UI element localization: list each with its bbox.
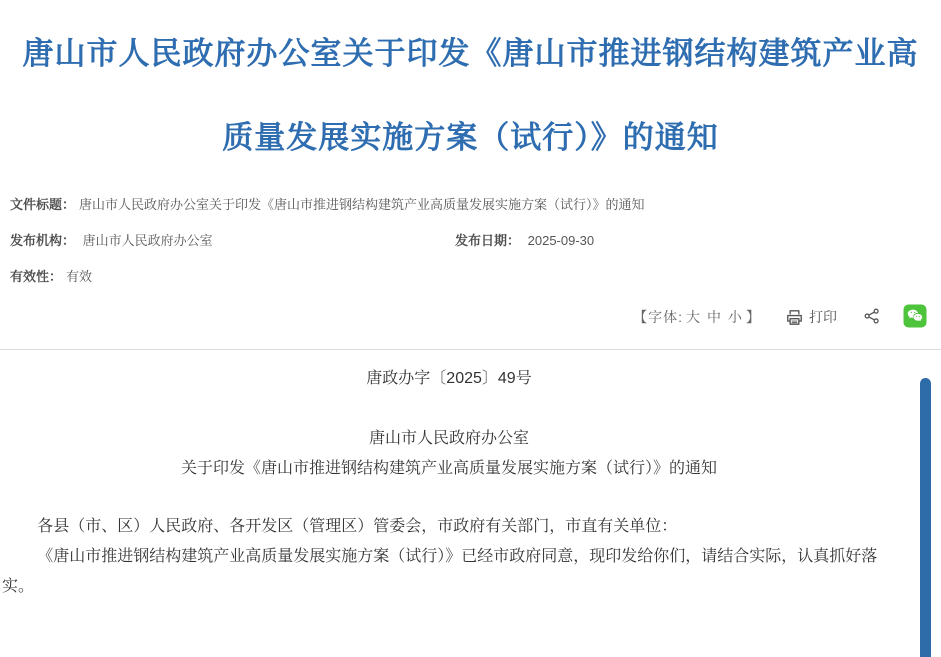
validity-label: 有效性： — [10, 268, 62, 286]
font-size-medium-button[interactable]: 中 — [707, 309, 722, 325]
document-heading: 唐山市人民政府办公室 关于印发《唐山市推进钢结构建筑产业高质量发展实施方案（试行… — [2, 424, 896, 484]
notice-page: 唐山市人民政府办公室关于印发《唐山市推进钢结构建筑产业高 质量发展实施方案（试行… — [0, 0, 941, 657]
file-title-label: 文件标题： — [10, 196, 75, 214]
document-scrollbar-thumb[interactable] — [920, 378, 931, 657]
publisher-pair: 发布机构： 唐山市人民政府办公室 — [10, 232, 455, 250]
document-metadata: 文件标题： 唐山市人民政府办公室关于印发《唐山市推进钢结构建筑产业高质量发展实施… — [0, 196, 941, 286]
document-heading-line-1: 唐山市人民政府办公室 — [2, 424, 896, 454]
wechat-share-button[interactable] — [903, 304, 927, 331]
document-body: 唐政办字〔2025〕49号 唐山市人民政府办公室 关于印发《唐山市推进钢结构建筑… — [0, 350, 941, 602]
page-title: 唐山市人民政府办公室关于印发《唐山市推进钢结构建筑产业高 质量发展实施方案（试行… — [0, 0, 941, 180]
share-button[interactable] — [863, 307, 881, 328]
document-paragraph: 《唐山市推进钢结构建筑产业高质量发展实施方案（试行）》已经市政府同意，现印发给你… — [2, 542, 896, 602]
meta-row-publisher-date: 发布机构： 唐山市人民政府办公室 发布日期： 2025-09-30 — [10, 232, 941, 250]
toolbar: 【字体:大中小】 打印 — [0, 304, 941, 330]
publisher-value: 唐山市人民政府办公室 — [83, 233, 213, 248]
font-size-large-button[interactable]: 大 — [686, 309, 701, 325]
printer-icon — [785, 308, 809, 327]
meta-row-validity: 有效性： 有效 — [10, 268, 941, 286]
file-title-value: 唐山市人民政府办公室关于印发《唐山市推进钢结构建筑产业高质量发展实施方案（试行）… — [79, 196, 645, 214]
meta-row-file-title: 文件标题： 唐山市人民政府办公室关于印发《唐山市推进钢结构建筑产业高质量发展实施… — [10, 196, 941, 214]
publish-date-pair: 发布日期： 2025-09-30 — [455, 232, 594, 250]
publish-date-value: 2025-09-30 — [528, 233, 595, 248]
publisher-label: 发布机构： — [10, 233, 75, 248]
font-control-prefix: 【字体: — [633, 309, 683, 325]
wechat-icon — [903, 304, 927, 331]
document-paragraph: 各县（市、区）人民政府、各开发区（管理区）管委会，市政府有关部门，市直有关单位： — [2, 512, 896, 542]
page-title-line-2: 质量发展实施方案（试行）》的通知 — [0, 96, 941, 180]
print-button[interactable]: 打印 — [785, 307, 837, 327]
page-title-line-1: 唐山市人民政府办公室关于印发《唐山市推进钢结构建筑产业高 — [0, 12, 941, 96]
document-number: 唐政办字〔2025〕49号 — [2, 364, 896, 394]
validity-value: 有效 — [66, 268, 92, 286]
document-heading-line-2: 关于印发《唐山市推进钢结构建筑产业高质量发展实施方案（试行）》的通知 — [2, 454, 896, 484]
font-size-small-button[interactable]: 小 — [728, 309, 743, 325]
font-control-suffix: 】 — [746, 309, 761, 325]
font-size-control: 【字体:大中小】 — [633, 307, 761, 327]
document-paragraphs: 各县（市、区）人民政府、各开发区（管理区）管委会，市政府有关部门，市直有关单位：… — [2, 512, 896, 602]
share-nodes-icon — [863, 307, 881, 328]
print-button-label: 打印 — [809, 307, 837, 327]
publish-date-label: 发布日期： — [455, 233, 520, 248]
